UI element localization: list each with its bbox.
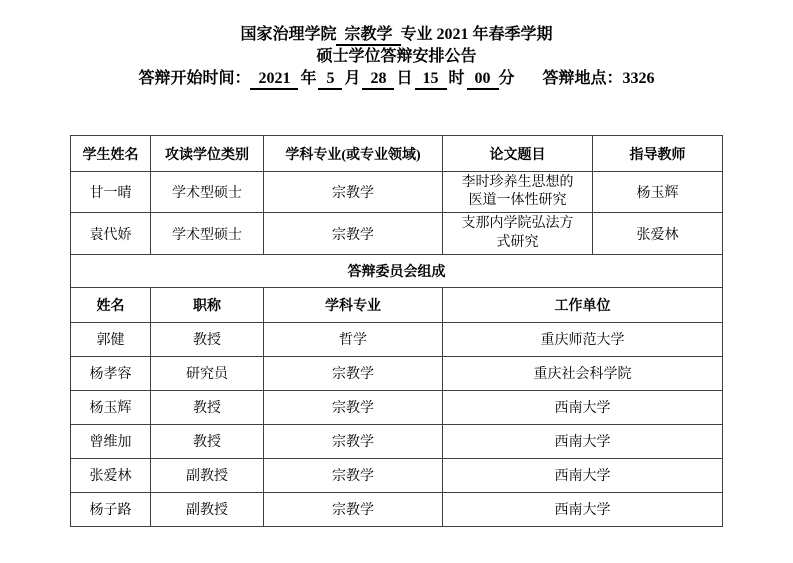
degree-type-cell: 学术型硕士 <box>151 172 264 213</box>
college-name: 国家治理学院 <box>240 26 336 43</box>
col-header-degree-type: 攻读学位类别 <box>151 136 264 172</box>
col-header-member-name: 姓名 <box>71 287 151 322</box>
thesis-title-cell: 李时珍养生思想的医道一体性研究 <box>443 172 593 213</box>
member-major-cell: 宗教学 <box>264 390 443 424</box>
col-header-advisor: 指导教师 <box>593 136 723 172</box>
member-name-cell: 曾维加 <box>71 424 151 458</box>
advisor-cell: 杨玉辉 <box>593 172 723 213</box>
member-name-cell: 郭健 <box>71 322 151 356</box>
member-title-cell: 教授 <box>151 424 264 458</box>
member-title-cell: 教授 <box>151 390 264 424</box>
member-name-cell: 杨子路 <box>71 492 151 526</box>
degree-type-cell: 学术型硕士 <box>151 213 264 254</box>
location-value: 3326 <box>623 70 655 87</box>
committee-section-title: 答辩委员会组成 <box>71 254 723 287</box>
hour-unit: 时 <box>449 70 465 87</box>
member-title-cell: 副教授 <box>151 492 264 526</box>
defense-schedule-table: 学生姓名 攻读学位类别 学科专业(或专业领域) 论文题目 指导教师 甘一晴 学术… <box>70 135 723 527</box>
committee-member-row: 杨子路 副教授 宗教学 西南大学 <box>71 492 723 526</box>
committee-header-row: 姓名 职称 学科专业 工作单位 <box>71 287 723 322</box>
thesis-title-cell: 支那内学院弘法方式研究 <box>443 213 593 254</box>
member-major-cell: 哲学 <box>264 322 443 356</box>
col-header-student-name: 学生姓名 <box>71 136 151 172</box>
col-header-major: 学科专业(或专业领域) <box>264 136 443 172</box>
member-title-cell: 副教授 <box>151 458 264 492</box>
member-name-cell: 杨孝容 <box>71 356 151 390</box>
member-organization-cell: 西南大学 <box>443 458 723 492</box>
document-page: 国家治理学院宗教学专业 2021 年春季学期 硕士学位答辩安排公告 答辩开始时间… <box>0 0 793 527</box>
member-major-cell: 宗教学 <box>264 458 443 492</box>
month-value: 5 <box>318 70 342 90</box>
col-header-organization: 工作单位 <box>443 287 723 322</box>
member-name-cell: 杨玉辉 <box>71 390 151 424</box>
member-organization-cell: 重庆师范大学 <box>443 322 723 356</box>
student-row: 甘一晴 学术型硕士 宗教学 李时珍养生思想的医道一体性研究 杨玉辉 <box>71 172 723 213</box>
semester-text: 专业 2021 年春季学期 <box>401 26 553 43</box>
committee-section-row: 答辩委员会组成 <box>71 254 723 287</box>
col-header-member-title: 职称 <box>151 287 264 322</box>
member-organization-cell: 西南大学 <box>443 424 723 458</box>
major-underlined: 宗教学 <box>336 26 400 46</box>
year-unit: 年 <box>300 70 316 87</box>
committee-member-row: 杨孝容 研究员 宗教学 重庆社会科学院 <box>71 356 723 390</box>
member-organization-cell: 重庆社会科学院 <box>443 356 723 390</box>
member-name-cell: 张爱林 <box>71 458 151 492</box>
member-title-cell: 教授 <box>151 322 264 356</box>
committee-member-row: 杨玉辉 教授 宗教学 西南大学 <box>71 390 723 424</box>
member-organization-cell: 西南大学 <box>443 492 723 526</box>
committee-member-row: 张爱林 副教授 宗教学 西南大学 <box>71 458 723 492</box>
day-value: 28 <box>362 70 394 90</box>
student-row: 袁代娇 学术型硕士 宗教学 支那内学院弘法方式研究 张爱林 <box>71 213 723 254</box>
month-unit: 月 <box>344 70 360 87</box>
location-label: 答辩地点： <box>543 70 623 87</box>
minute-unit: 分 <box>499 70 515 87</box>
students-header-row: 学生姓名 攻读学位类别 学科专业(或专业领域) 论文题目 指导教师 <box>71 136 723 172</box>
member-major-cell: 宗教学 <box>264 492 443 526</box>
student-name-cell: 袁代娇 <box>71 213 151 254</box>
major-cell: 宗教学 <box>264 172 443 213</box>
day-unit: 日 <box>396 70 412 87</box>
defense-time-label: 答辩开始时间： <box>138 70 250 87</box>
member-major-cell: 宗教学 <box>264 356 443 390</box>
minute-value: 00 <box>467 70 499 90</box>
committee-member-row: 曾维加 教授 宗教学 西南大学 <box>71 424 723 458</box>
document-header: 国家治理学院宗教学专业 2021 年春季学期 硕士学位答辩安排公告 答辩开始时间… <box>0 0 793 90</box>
member-major-cell: 宗教学 <box>264 424 443 458</box>
title-line: 国家治理学院宗教学专业 2021 年春季学期 <box>0 24 793 46</box>
subtitle: 硕士学位答辩安排公告 <box>0 46 793 68</box>
advisor-cell: 张爱林 <box>593 213 723 254</box>
committee-member-row: 郭健 教授 哲学 重庆师范大学 <box>71 322 723 356</box>
col-header-member-major: 学科专业 <box>264 287 443 322</box>
member-title-cell: 研究员 <box>151 356 264 390</box>
member-organization-cell: 西南大学 <box>443 390 723 424</box>
hour-value: 15 <box>415 70 447 90</box>
major-cell: 宗教学 <box>264 213 443 254</box>
col-header-thesis-title: 论文题目 <box>443 136 593 172</box>
year-value: 2021 <box>250 70 298 90</box>
defense-time-line: 答辩开始时间：2021年5月28日15时00分答辩地点：3326 <box>0 68 793 90</box>
student-name-cell: 甘一晴 <box>71 172 151 213</box>
